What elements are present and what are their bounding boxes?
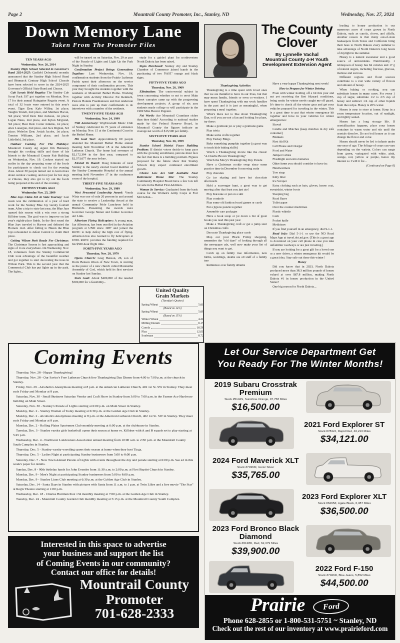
article-paragraph: Have a Christmas cookie swap since some … [204, 163, 267, 171]
vehicle-name: 2024 Ford Maverick XLT [207, 457, 304, 465]
article-paragraph: Honey [270, 261, 334, 265]
service-banner-line2: You Ready For The Winter Months! [205, 359, 395, 371]
vehicle-listing: 2023 Ford Bronco Black Diamond Stock #61… [205, 523, 395, 559]
event-item: Thursday, Dec. 5 - Ladies Night at parti… [13, 453, 194, 457]
article-paragraph: One big reason for North Dakota... [270, 285, 334, 289]
article-paragraph: Net Worth: Are Mountrail Countians riche… [137, 114, 198, 133]
article-paragraph: If you find yourself in an emergency, di… [270, 228, 334, 232]
promoter-house-ad: Interested in this space to advertise yo… [8, 536, 199, 628]
vehicle-details: Stock #5142S, Sunshine Orange, 97,758 Mi… [207, 397, 304, 401]
article-paragraph: Plastic whistle [270, 210, 334, 214]
dealership-footer: Prairie Ford Phone 628-2855 or 1-800-531… [205, 595, 395, 640]
article-paragraph: Bake something pumpkin together (a great… [204, 142, 267, 150]
page-header: Page 2 Mountrail County Promoter, Inc., … [8, 13, 394, 18]
article-paragraph: What's there not to like about Thanksgiv… [204, 112, 267, 124]
section-title: Down Memory Lane [8, 22, 199, 42]
article-paragraph: Cub Scouts Hold Regatta: The Stanley Cub… [8, 91, 69, 142]
article-paragraph: Honey is a natural sweetener and a good … [337, 56, 395, 75]
article-paragraph: Blue Jays Claim 3rd At State Tourney: La… [8, 196, 69, 239]
article-paragraph: Choice Lots Are Still Available Near Ret… [137, 172, 198, 188]
article-paragraph: Sleeping bag [270, 192, 334, 196]
vehicle-photo-bronco [306, 525, 391, 557]
article-paragraph: FIFTEEN YEARS AGOWednesday Nov. 25, 2009 [8, 186, 69, 195]
article-paragraph: Hold a scavenger hunt, a great way to ge… [204, 184, 267, 192]
article-paragraph: Tow strap [270, 171, 334, 175]
ford-logo: Ford [313, 598, 350, 615]
county-map-logo [12, 579, 74, 623]
article-paragraph: Go ice skating and have hot chocolate af… [204, 176, 267, 184]
vehicle-name: 2019 Subaru Crosstrak Premium [207, 381, 304, 397]
byline-org-line1: Mountrail County 4-H Youth [259, 58, 335, 63]
vehicle-details: Stock #7036M, Iconic Silver [207, 465, 304, 469]
coming-events-list: Thursday, Nov. 28 - Happy Thanksgiving! … [13, 371, 194, 527]
article-paragraph: Watch the Macy's Thanksgiving Day Parade [204, 159, 267, 163]
article-paragraph: Make some crafts together [204, 133, 267, 137]
article-paragraph: Honey has a long storage life. If crysta… [337, 120, 395, 139]
event-item: Saturday, Dec. 14 - Santa Days in Stanle… [13, 483, 194, 492]
article-paragraph: Getting Wilson Park Ready For Christmas:… [8, 239, 69, 274]
article-paragraph: Decorate Thanksgiving place cards [204, 231, 267, 235]
article-paragraph: Confirmation Project Brings Generations … [72, 68, 133, 111]
article-paragraph: Candle and Matches (keep matches in dry … [270, 127, 334, 135]
memory-lane-column-3: study for a guided plant for northwester… [137, 56, 198, 283]
article-paragraph: FIFTY-FIVE YEARS AGOThursday, Nov. 26, 1… [137, 81, 198, 90]
article-paragraph: Extra clothing such as hats, gloves, hea… [270, 184, 334, 192]
ad-copy-line: your business and support the list [8, 549, 199, 558]
section-subtitle: Taken From The Promoter Files [8, 42, 199, 49]
article-paragraph: Shovel [270, 123, 334, 127]
coming-events-title: Coming Events [9, 345, 198, 370]
event-item: Monday, Dec. 2 - Rolling Plains Sportsme… [13, 424, 194, 428]
article-paragraph: First Aid Kit [270, 140, 334, 144]
article-paragraph: Play some old fashion board games or car… [204, 201, 267, 205]
service-banner-line1: Let Our Service Department Get [205, 347, 395, 359]
memory-lane-column-2: will be turned on on Saturday, Nov. 29 a… [72, 56, 133, 341]
dealership-website[interactable]: Check out the rest of our inventory at w… [205, 626, 395, 633]
ad-copy-line: of Coming Events in our community? [8, 559, 199, 568]
vehicle-name: 2023 Ford Explorer XLT [296, 493, 393, 501]
article-paragraph: Opens Church: Greg Benson, 26, son of Do… [72, 257, 133, 276]
article-paragraph: SIXTY-FIVE YEARS AGOThursday, Nov. 26, 1… [137, 135, 198, 144]
article-paragraph: Assemble care packages [204, 210, 267, 214]
article-paragraph: Play charades [204, 171, 267, 175]
vehicle-photo-pickup [306, 453, 391, 485]
vehicle-photo-crossover [306, 381, 391, 413]
event-item: Tuesday, Dec. 3 - Stanley varsity girls … [13, 429, 194, 438]
article-paragraph: Make a Thanksgiving craft or get a jump … [204, 223, 267, 231]
grain-row: Soybeans8.72 [142, 334, 204, 338]
event-item: Saturday, Dec. 7 - New Town Annual Parad… [13, 458, 194, 467]
ad-copy-line: Contact our office for details! [8, 568, 199, 577]
article-paragraph: Stars Goal: About $400,000 of the needed… [72, 277, 133, 285]
vehicle-price: $34,121.00 [296, 434, 393, 445]
promoter-name-line2: Promoter [74, 594, 195, 609]
vehicle-name: 2021 Ford Explorer ST [296, 421, 393, 429]
grain-markets-box: United Quality Grain Markets (Tuesday's … [139, 286, 204, 343]
article-paragraph: 75th Anniversary: WayDowneR Music Club o… [72, 121, 133, 137]
article-paragraph: Stanley High School Selected in Governor… [8, 67, 69, 90]
ad-copy-line: Interested in this space to advertise [8, 540, 199, 549]
article-paragraph: Different regions and floral sources con… [337, 76, 395, 88]
event-item: Wednesday, Dec. 4 - Northwest Landowners… [13, 439, 194, 448]
article-paragraph: Thanksgiving is a time spent with loved … [204, 88, 267, 111]
event-item: Thursday, Nov. 28 - Our Savior's Free Lu… [13, 376, 194, 385]
article-paragraph: Albertson Flying Helicopters: A young ma… [72, 219, 133, 246]
event-item: Tuesday, Dec. 24 - Mountrail County Gard… [13, 498, 194, 502]
article-paragraph: West Presented Leadership Award: Vonda W… [72, 191, 133, 218]
event-item: Monday, Dec. 2 - Alcoholics Anonymous me… [13, 415, 194, 424]
dealership-name: Prairie [250, 596, 305, 617]
vehicle-price: $16,500.00 [207, 402, 304, 413]
article-paragraph: Over the counter medicines [270, 206, 334, 210]
vehicle-photo-pickup [209, 561, 294, 593]
article-paragraph: Play cornhole [204, 197, 267, 201]
vehicle-listing: 2024 Ford Maverick XLT Stock #7036M, Ico… [205, 451, 395, 487]
vehicle-details: Stock #7026D, Blue Jeans, 5,852 Miles [296, 573, 393, 577]
memory-lane-column-1: TEN YEARS AGOWednesday, Nov. 26, 2014 St… [8, 56, 69, 341]
vehicle-listing: 2021 Ford Explorer ST Stock #7842J, Rapi… [205, 415, 395, 451]
vehicle-price: $44,500.00 [296, 578, 393, 589]
byline-org-line2: Development Extension Agent [259, 63, 335, 68]
vehicle-listing: 2022 Ford F-150 Stock #7026D, Blue Jeans… [205, 559, 395, 595]
event-item: Monday, Dec. 9 - Stanley Lions Club meet… [13, 478, 194, 482]
vehicle-details: Stock #6295Z, Agate Black, 6,387 Miles [296, 501, 393, 505]
column-title-line2: Clover [259, 37, 335, 50]
vehicle-details: Stock #7842J, Rapid Red, 40,213 Miles [296, 429, 393, 433]
article-paragraph: Kitty litter [270, 175, 334, 179]
event-item: Saturday, Nov. 30 - Small Business Satur… [13, 395, 194, 404]
article-paragraph: Other items you should consider to have … [270, 162, 334, 166]
newspaper-page: Page 2 Mountrail County Promoter, Inc., … [0, 0, 400, 643]
article-paragraph: Flashlight and extra batteries [270, 158, 334, 162]
grain-markets-table: Spring Wheat5.61 (Based on 14%) Spring W… [142, 303, 204, 338]
article-paragraph: Catch up on family tree information, new… [204, 251, 267, 263]
vehicle-listing: 2023 Ford Explorer XLT Stock #6295Z, Aga… [205, 487, 395, 523]
article-paragraph: Handwarmers [270, 166, 334, 170]
article-paragraph: Reminisce over family albums [204, 264, 267, 268]
event-item: Saturday, Nov. 30 - Stanley's Parade of … [13, 404, 194, 408]
article-paragraph: TEN YEARS AGOWednesday, Nov. 26, 2014 [8, 58, 69, 67]
promoter-phone[interactable]: 701-628-2333 [74, 608, 195, 623]
event-item: Friday, Nov. 29 - Alcoholics Anonymous m… [13, 386, 194, 395]
promoter-name-line1: Mountrail County [74, 579, 195, 594]
vehicle-photo-suv [209, 489, 294, 521]
article-paragraph: study for a guided plant for northwester… [137, 56, 198, 64]
county-clover-header: The County Clover By Lynnelle Vachal Mou… [259, 24, 335, 78]
article-paragraph: Play trivia [204, 129, 267, 133]
article-paragraph: Put a jigsaw puzzle together [204, 206, 267, 210]
dealership-ad: Let Our Service Department Get You Ready… [204, 342, 396, 640]
dealership-phone[interactable]: Phone 628-2855 or 1-800-531-5751 ~ Stanl… [205, 617, 395, 626]
article-paragraph: FORTY-FIVE YEARS AGOThursday, Nov. 28, 1… [72, 247, 133, 256]
article-paragraph: Stanley School District Faces Building P… [137, 144, 198, 171]
article-paragraph: Toilet paper [270, 201, 334, 205]
article-paragraph: Cash [270, 214, 334, 218]
event-item: Monday, Dec. 2 - Stanley Women of Today … [13, 410, 194, 414]
article-paragraph: leading to honey production is our numer… [337, 24, 395, 55]
clover-column-2: Have a very happy Thanksgiving next week… [270, 82, 334, 340]
article-paragraph: Honey should never be fed to infants und… [337, 140, 395, 163]
article-paragraph: Medicines [270, 223, 334, 227]
article-paragraph: Hit Goal Year: Approximately 60 people a… [72, 137, 133, 160]
article-paragraph: Women In Service: Graduated from the bas… [137, 188, 198, 200]
vehicle-details: Stock #6138D, Red, 62,379 Miles [207, 541, 304, 545]
grain-markets-title-line2: Grain Markets [142, 294, 204, 300]
portrait-graphic [205, 25, 256, 77]
page-number: Page 2 [8, 13, 22, 18]
event-item: Thursday, Nov. 28 - Happy Thanksgiving! [13, 371, 194, 375]
event-item: Wednesday, Dec. 18 - Charise Hartman Pos… [13, 493, 194, 497]
vehicle-listing: 2019 Subaru Crosstrak Premium Stock #514… [205, 379, 395, 415]
vehicle-price: $35,765.00 [207, 470, 304, 481]
article-paragraph: Jumper Cables [270, 153, 334, 157]
article-paragraph: Watch a Thanksgiving movie like the clas… [204, 150, 267, 158]
down-memory-lane-banner: Down Memory Lane Taken From The Promoter… [8, 22, 199, 53]
article-paragraph: Road Info: Dial 5-1-1 or use the ND Road… [270, 232, 334, 248]
article-paragraph: Thanksgiving Activities [204, 84, 267, 88]
article-paragraph: Pocket knife [270, 219, 334, 223]
article-paragraph: When baking or cooking, you can substitu… [337, 88, 395, 107]
article-paragraph: TWENTY-FIVE YEARS AGOWednesday, Nov. 24,… [72, 112, 133, 121]
article-paragraph: Play Turkey Bingo [204, 138, 267, 142]
article-paragraph: If you are looking for a great gift for … [270, 248, 334, 260]
article-paragraph: Play Karaoke or put on a skit [204, 192, 267, 196]
vehicle-price: $36,500.00 [296, 506, 393, 517]
article-paragraph: Have a book swap or jot down a list of g… [204, 214, 267, 222]
article-paragraph: Elimination: The controversial subject i… [137, 90, 198, 113]
article-paragraph: Make a gratitude jar or play a gratitude… [204, 124, 267, 128]
article-paragraph: Food and Water [270, 149, 334, 153]
article-paragraph: Honey is easy to store at home. Keep in … [337, 108, 395, 120]
article-paragraph: Ice Scraper [270, 180, 334, 184]
coming-events-box: Coming Events Thursday, Nov. 28 - Happy … [8, 343, 199, 532]
vehicle-name: 2022 Ford F-150 [296, 565, 393, 573]
article-paragraph: Outdoor Cooking For The Holidays: Mountr… [8, 142, 69, 185]
issue-date: Wednesday, Nov. 27, 2024 [341, 13, 394, 18]
article-paragraph: Even with winter holding off a bit this … [270, 91, 334, 122]
article-paragraph: THIRTY-FIVE YEARS AGOWednesday, Nov. 29,… [72, 182, 133, 191]
event-item: Sunday, Dec. 8 - 90th birthday lunch for… [13, 468, 194, 472]
article-paragraph: Signs Purchased: Stanley city and Stanle… [137, 64, 198, 80]
article-paragraph: Have a very happy Thanksgiving next week… [270, 82, 334, 86]
article-paragraph: (Continued on Page 6) [337, 164, 395, 168]
clover-column-1: Thanksgiving Activities Thanksgiving is … [204, 82, 267, 340]
article-paragraph: Did you know that in 2023, North Dakota … [270, 265, 334, 284]
clover-column-3: leading to honey production is our numer… [337, 24, 395, 340]
article-paragraph: Elected To Board: Doug Kinnoin of rural … [72, 161, 133, 180]
article-paragraph: Map out your Black Friday shopping, reme… [204, 235, 267, 251]
article-paragraph: Cell Phone and Charger [270, 144, 334, 148]
article-paragraph: Road flares [270, 197, 334, 201]
newspaper-name: Mountrail County Promoter, Inc., Stanley… [133, 13, 229, 18]
vehicle-photo-suv [209, 417, 294, 449]
vehicle-price: $39,900.00 [207, 546, 304, 557]
service-banner: Let Our Service Department Get You Ready… [205, 343, 395, 379]
article-paragraph: Blankets [270, 136, 334, 140]
event-item: Monday, Dec. 9 - Men's Night at particip… [13, 473, 194, 477]
columnist-photo [204, 24, 257, 78]
article-paragraph: How to Prepare for Winter Driving [270, 87, 334, 91]
vehicle-name: 2023 Ford Bronco Black Diamond [207, 525, 304, 541]
article-paragraph: will be turned on on Saturday, Nov. 29 a… [72, 56, 133, 68]
event-item: Thursday, Dec. 5 - Stanley varsity wrest… [13, 448, 194, 452]
